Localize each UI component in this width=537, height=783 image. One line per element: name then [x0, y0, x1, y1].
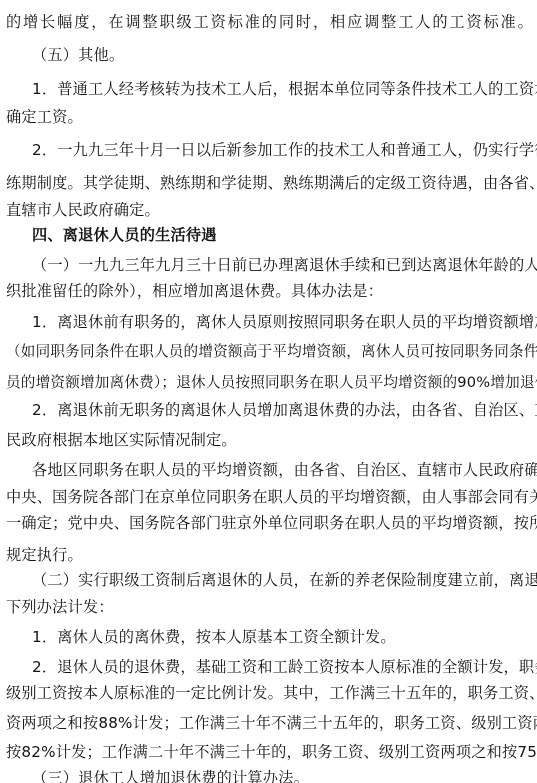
paragraph-line: 织批准留任的除外），相应增加离退休费。具体办法是：: [6, 281, 383, 301]
section-heading-retiree-benefits: 四、离退休人员的生活待遇: [32, 225, 217, 245]
paragraph-line: 员的增资额增加离休费）；退休人员按照同职务在职人员平均增资额的90%增加退休费。: [6, 373, 533, 393]
paragraph-line: 级别工资按本人原标准的一定比例计发。其中，工作满三十五年的，职务工资、级别工: [6, 683, 533, 703]
section-heading-worker-retirement: （三）退休工人增加退休费的计算办法。: [32, 768, 309, 783]
paragraph-line: 2．退休人员的退休费，基础工资和工龄工资按本人原标准的全额计发，职务工资和: [32, 657, 533, 677]
paragraph-line: 下列办法计发：: [6, 597, 114, 617]
paragraph-line: 按82%计发；工作满二十年不满三十年的，职务工资、级别工资两项之和按75%计发。: [6, 742, 533, 762]
paragraph-line: 直辖市人民政府确定。: [6, 200, 160, 220]
paragraph-line: （二）实行职级工资制后离退休的人员，在新的养老保险制度建立前，离退休费暂按: [32, 570, 533, 590]
paragraph-line: 1．离休人员的离休费，按本人原基本工资全额计发。: [32, 627, 396, 647]
paragraph-line: 各地区同职务在职人员的平均增资额，由各省、自治区、直辖市人民政府确定。党: [32, 460, 533, 480]
section-heading-other: （五）其他。: [32, 45, 124, 65]
paragraph-line: 2．离退休前无职务的离退休人员增加离退休费的办法，由各省、自治区、直辖市人: [32, 400, 533, 420]
paragraph-line: （一）一九九三年九月三十日前已办理离退休手续和已到达离退休年龄的人员（经组: [32, 255, 533, 275]
paragraph-line: 一确定；党中央、国务院各部门驻京外单位同职务在职人员的平均增资额，按所在地的: [6, 513, 533, 533]
paragraph-line: 练期制度。其学徒期、熟练期和学徒期、熟练期满后的定级工资待遇，由各省、自治区、: [6, 173, 533, 193]
paragraph-line: 确定工资。: [6, 107, 83, 127]
paragraph-line: （如同职务同条件在职人员的增资额高于平均增资额，离休人员可按同职务同条件在职人: [6, 342, 533, 362]
paragraph-line: 规定执行。: [6, 545, 83, 565]
paragraph-line: 2．一九九三年十月一日以后新参加工作的技术工人和普通工人，仍实行学徒期和熟: [32, 140, 533, 160]
paragraph-line: 的增长幅度，在调整职级工资标准的同时，相应调整工人的工资标准。: [6, 12, 533, 32]
paragraph-line: 资两项之和按88%计发；工作满三十年不满三十五年的，职务工资、级别工资两项之和: [6, 713, 533, 733]
paragraph-line: 民政府根据本地区实际情况制定。: [6, 430, 237, 450]
paragraph-line: 1．离退休前有职务的，离休人员原则按照同职务在职人员的平均增资额增加离休费: [32, 312, 533, 332]
paragraph-line: 中央、国务院各部门在京单位同职务在职人员的平均增资额，由人事部会同有关部门统: [6, 487, 533, 507]
paragraph-line: 1．普通工人经考核转为技术工人后，根据本单位同等条件技术工人的工资水平重新: [32, 79, 533, 99]
